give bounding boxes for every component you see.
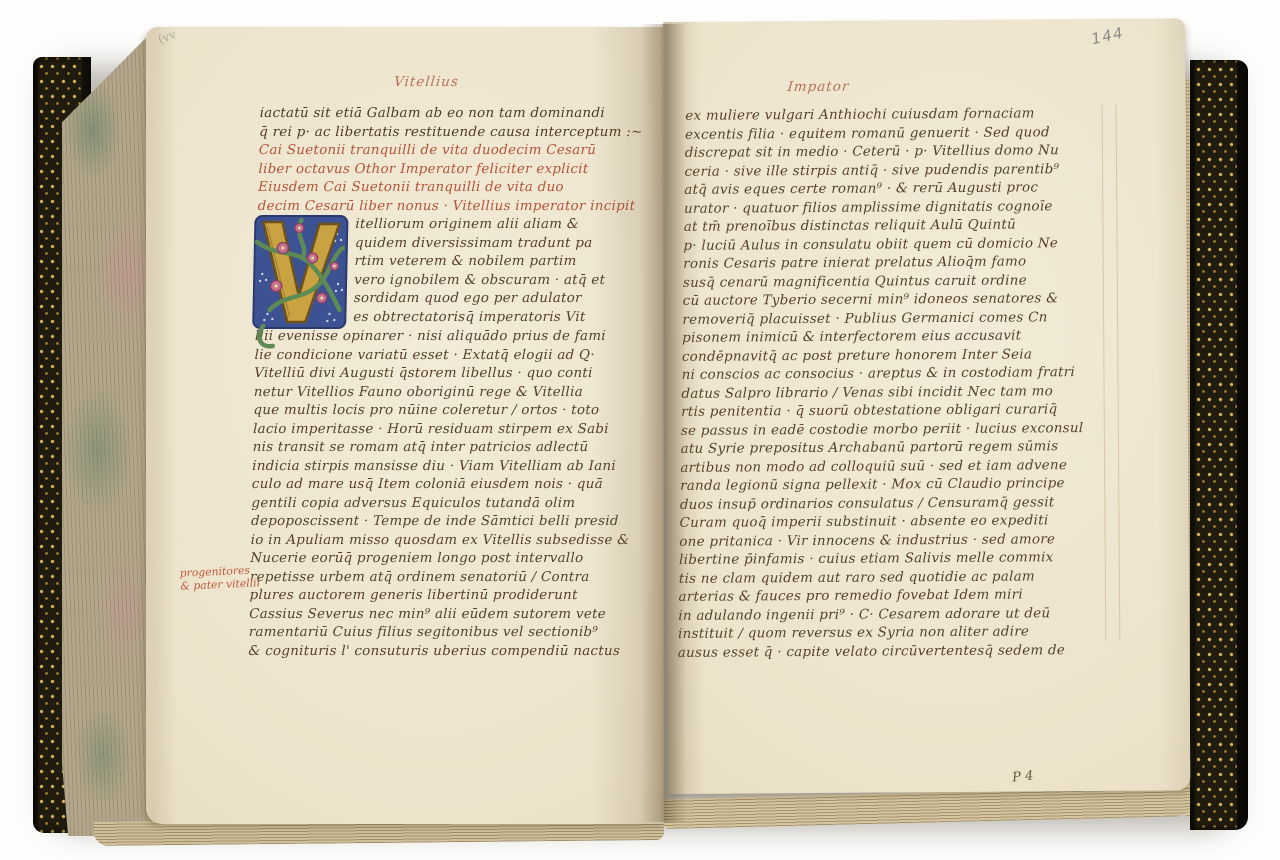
manuscript-line: indicia stirpis mansisse diu · Viam Vite… [252, 458, 664, 477]
manuscript-line: culo ad mare usq̄ Item coloniā eiusdem n… [252, 476, 664, 495]
manuscript-line: lacio imperitasse · Horū residuam stirpe… [253, 421, 665, 440]
manuscript-line: removeriq̄ placuisset · Publius Germanic… [682, 309, 1092, 330]
running-header-left: Vitellius [393, 74, 460, 90]
manuscript-line: netur Vitellios Fauno oboriginū rege & V… [254, 384, 666, 403]
manuscript-line: quidem diversissimam tradunt pa [355, 235, 669, 254]
manuscript-line: p· luciū Aulus in consulatu obiit quem c… [683, 234, 1093, 255]
left-body-lines: llii evenisse opinarer · nisi aliquādo p… [248, 328, 667, 661]
manuscript-line: Vitelliū divi Augusti q̄storem libellus … [254, 365, 666, 384]
manuscript-line: plures auctorem generis libertinū prodid… [249, 587, 661, 606]
right-text-block: ex muliere vulgari Anthiochi cuiusdam fo… [678, 105, 1096, 663]
margin-ruling-lines [1102, 105, 1121, 641]
photo-background: (vv Vitellius iactatū sit etiā Galbam ab… [0, 0, 1280, 860]
manuscript-line: atq̄ avis eques certe roman⁹ · & rerū Au… [684, 179, 1094, 200]
manuscript-line: randa legionū signa pellexit · Mox cū Cl… [680, 475, 1090, 496]
manuscript-line: repetisse urbem atq̄ ordinem senatoriū /… [250, 569, 662, 588]
manuscript-line: rtim veterem & nobilem partim [354, 253, 668, 272]
manuscript-line: que multis locis pro nūine coleretur / o… [253, 402, 665, 421]
manuscript-line: gentili copia adversus Equiculos tutandā… [251, 495, 663, 514]
manuscript-line: rtis penitentia · q̄ suorū obtestatione … [681, 401, 1091, 422]
manuscript-line: libertine p̄infamis · cuius etiam Salivi… [679, 549, 1089, 570]
manuscript-line: depoposcissent · Tempe de inde Sāmtici b… [251, 513, 663, 532]
rubric-line: liber octavus Othor Imperator feliciter … [258, 161, 670, 180]
manuscript-line: Nucerie eorūq̄ progeniem longo post inte… [250, 550, 662, 569]
folio-number: 144 [1090, 24, 1126, 49]
left-intro-lines: iactatū sit etiā Galbam ab eo non tam do… [259, 105, 672, 142]
manuscript-line: ex muliere vulgari Anthiochi cuiusdam fo… [685, 105, 1095, 126]
manuscript-line: Cassius Severus nec min⁹ alii eūdem suto… [249, 606, 661, 625]
left-rubric-lines: Cai Suetonii tranquilli de vita duodecim… [257, 142, 671, 216]
left-wrapped-lines: itelliorum originem alii aliam &quidem d… [353, 216, 669, 327]
right-page: 144 Impator ex muliere vulgari Anthiochi… [663, 18, 1190, 794]
manuscript-line: atu Syrie prepositus Archabanū partorū r… [681, 438, 1091, 459]
manuscript-line: urator · quatuor filios amplissime digni… [684, 197, 1094, 218]
marginal-rubric-note: progenitores & pater vitellii [179, 564, 260, 592]
manuscript-line: vero ignobilem & obscuram · atq̄ et [354, 272, 668, 291]
manuscript-line: discrepat sit in medio · Ceterū · p· Vit… [685, 142, 1095, 163]
pencil-mark: (vv [156, 27, 178, 47]
manuscript-line: ni conscios ac consocius · areptus & in … [682, 364, 1092, 385]
manuscript-line: cū auctore Tyberio secerni min⁹ idoneos … [683, 290, 1093, 311]
left-page: (vv Vitellius iactatū sit etiā Galbam ab… [146, 27, 664, 824]
left-text-block: iactatū sit etiā Galbam ab eo non tam do… [248, 105, 672, 661]
rubric-line: Cai Suetonii tranquilli de vita duodecim… [259, 142, 671, 161]
manuscript-line: es obtrectatorisq̄ imperatoris Vit [353, 309, 667, 328]
manuscript-line: Curam quoq̄ imperii substinuit · absente… [679, 512, 1089, 533]
illuminated-initial-artwork [251, 214, 354, 354]
manuscript-line: ausus esset q̄ · capite velato circūvert… [678, 642, 1088, 663]
manuscript-line: instituit / quom reversus ex Syria non a… [678, 623, 1088, 644]
manuscript-line: q̄ rei p· ac libertatis restituende caus… [259, 124, 671, 143]
right-cover-gilt-border [1190, 60, 1248, 830]
manuscript-line: & cognituris l' consuturis uberius compe… [248, 643, 660, 662]
manuscript-line: itelliorum originem alii aliam & [355, 216, 669, 235]
manuscript-line: tis ne clam quidem aut raro sed quotidie… [679, 568, 1089, 589]
margin-note-line: & pater vitellii [180, 577, 260, 593]
manuscript-line: sordidam quod ego per adulator [354, 290, 668, 309]
illuminated-initial-V [251, 217, 345, 328]
running-header-right: Impator [787, 79, 850, 95]
manuscript-line: ramentariū Cuius filius segitonibus vel … [249, 624, 661, 643]
quire-signature: P 4 [1012, 769, 1034, 786]
rubric-line: Eiusdem Cai Suetonii tranquilli de vita … [258, 179, 670, 198]
manuscript-line: nis transit se romam atq̄ inter patricio… [252, 439, 664, 458]
manuscript-line: io in Apuliam misso quosdam ex Vitellis … [251, 532, 663, 551]
initial-and-wrapped-text: itelliorum originem alii aliam &quidem d… [255, 216, 669, 328]
manuscript-line: iactatū sit etiā Galbam ab eo non tam do… [259, 105, 671, 124]
